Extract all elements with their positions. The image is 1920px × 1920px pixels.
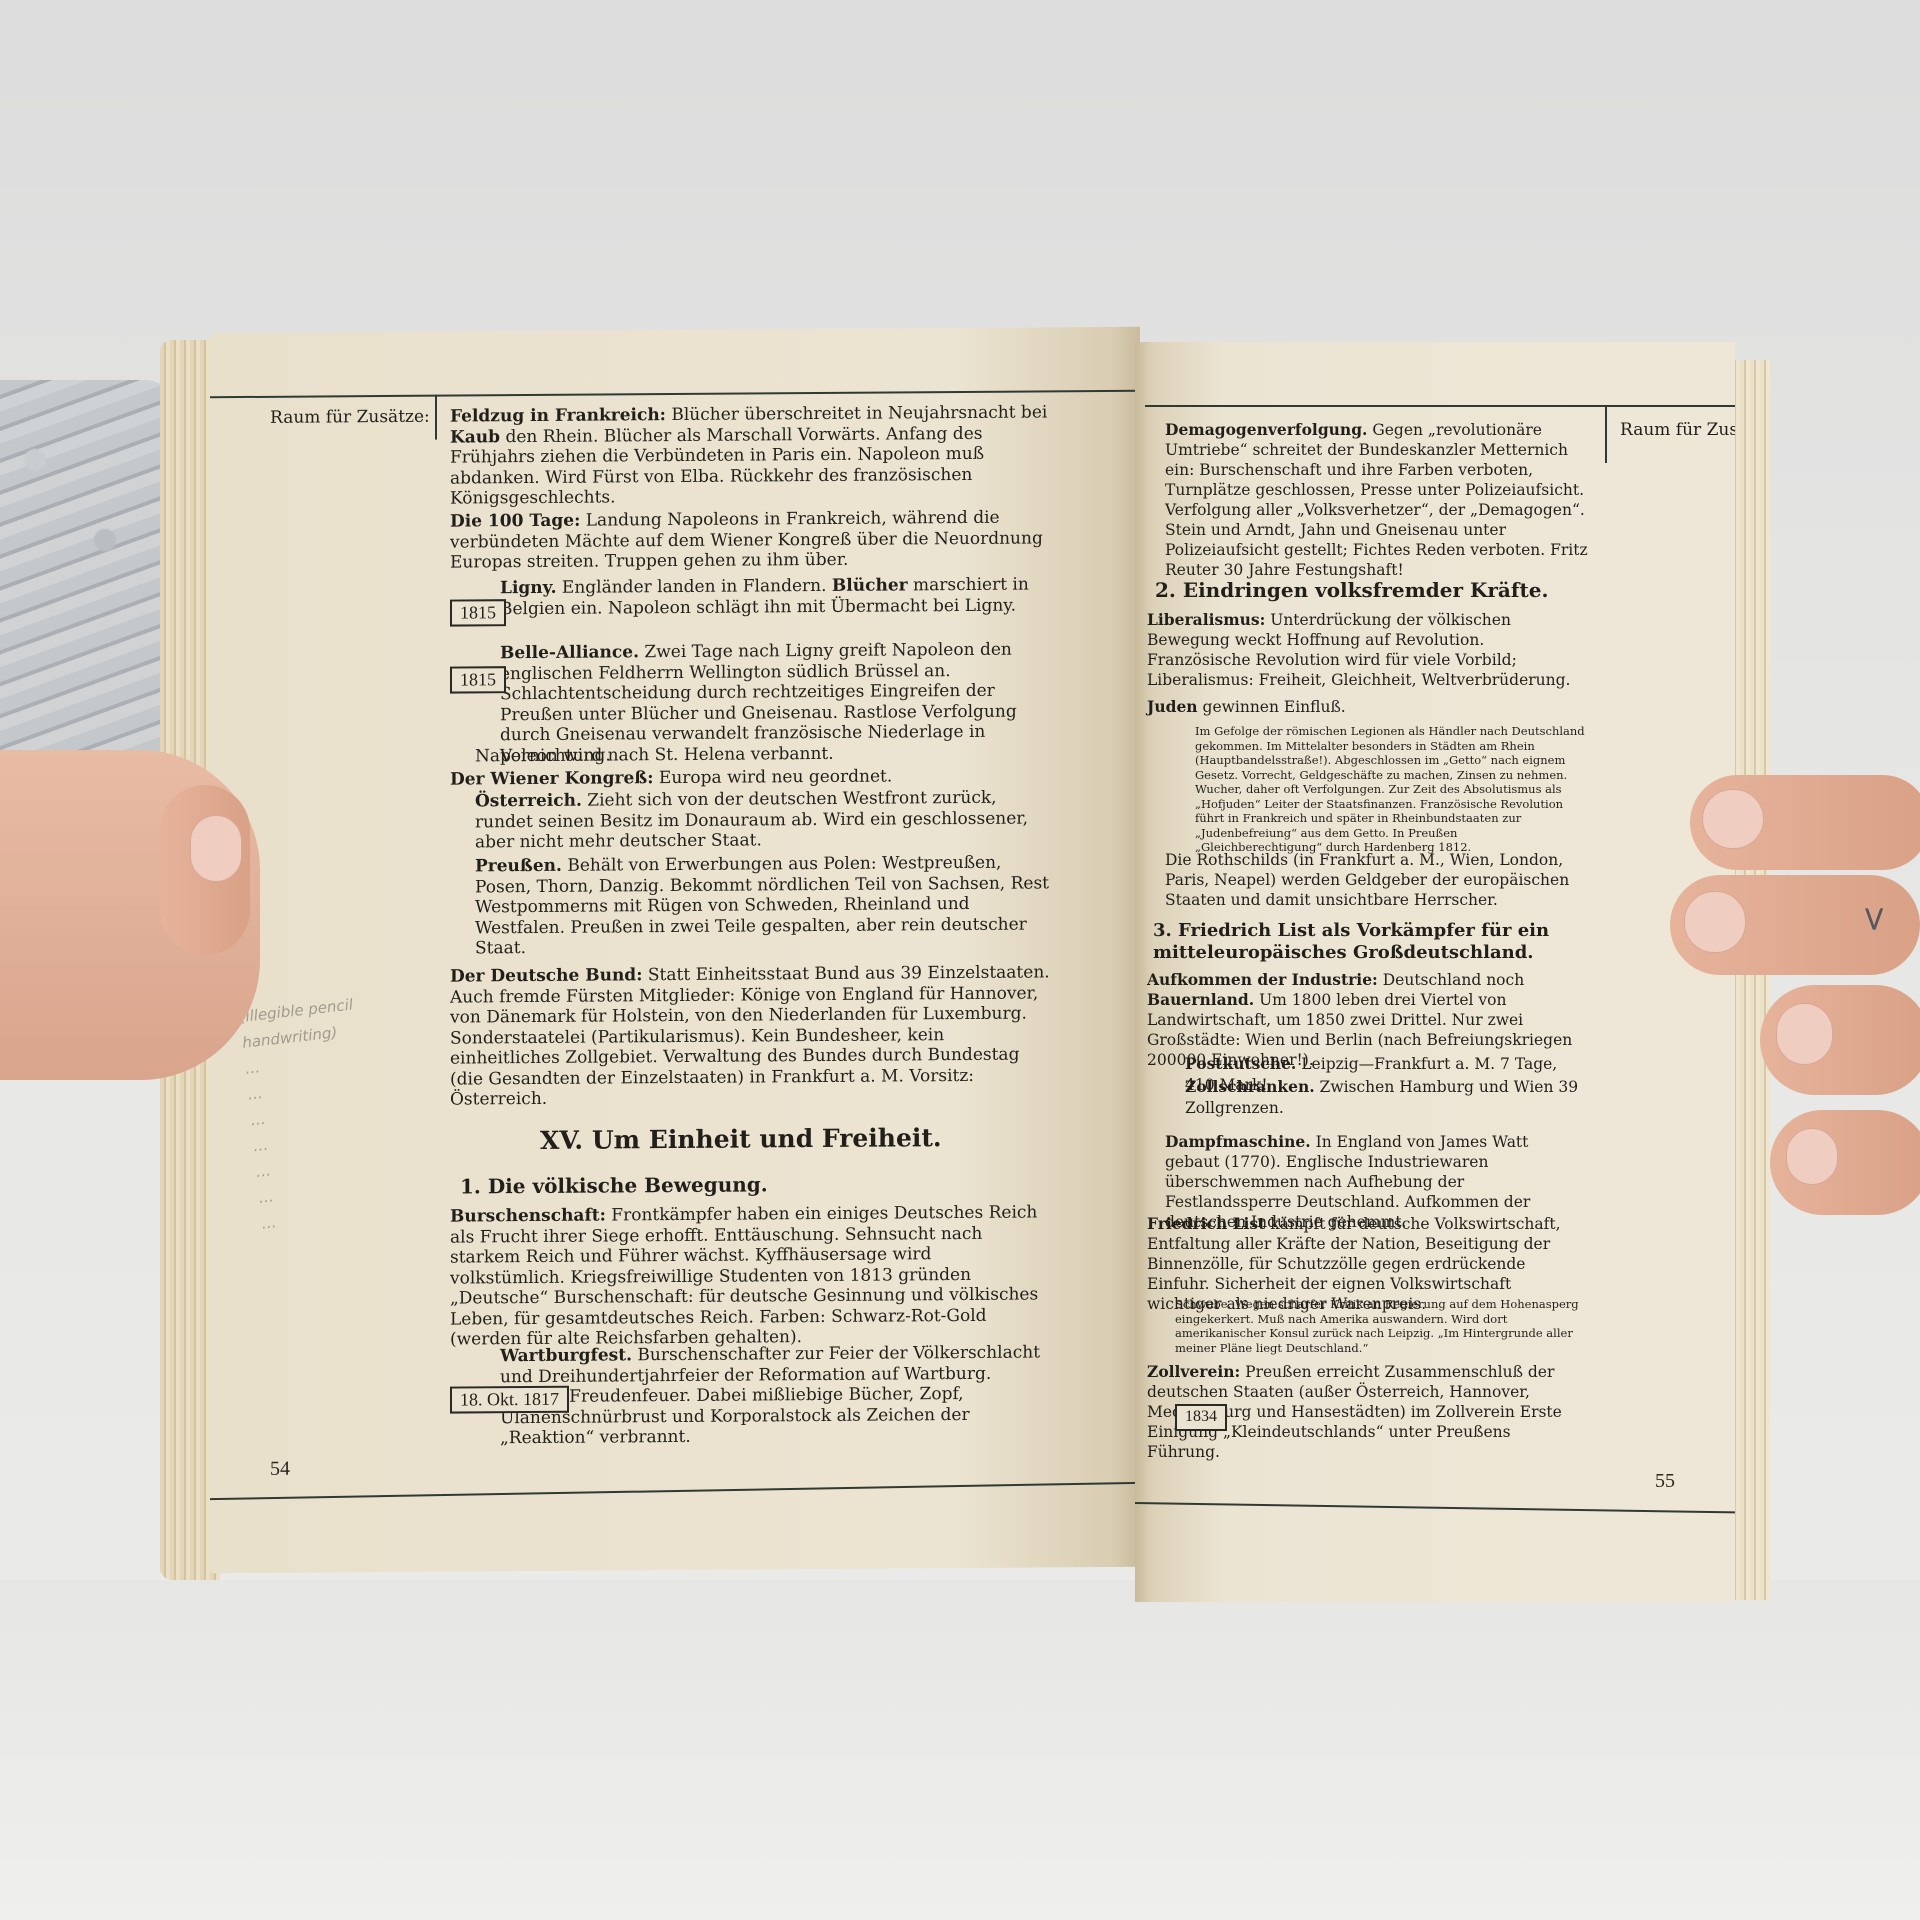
block-rothschild: Die Rothschilds (in Frankfurt a. M., Wie… [1165, 850, 1585, 910]
left-thumbnail [190, 815, 242, 882]
top-rule [210, 390, 1140, 398]
open-book: Raum für Zusätze: Feldzug in Frankreich:… [160, 330, 1770, 1590]
right-middle-finger: > [1670, 875, 1920, 975]
pencil-notes: (illegible pencil handwriting) … … … … …… [238, 982, 461, 1237]
block-wiener-kongress: Der Wiener Kongreß: Europa wird neu geor… [450, 765, 1050, 790]
knit-sweater [0, 380, 175, 780]
block-oesterreich: Österreich. Zieht sich von der deutschen… [475, 787, 1050, 853]
right-ring-finger [1760, 985, 1920, 1095]
margin-divider-right [1605, 405, 1607, 463]
page-block-right [1730, 360, 1770, 1600]
exile-line: Napoleon wird nach St. Helena verbannt. [475, 742, 1035, 766]
section-3-title: 3. Friedrich List als Vorkämpfer für ein… [1153, 920, 1593, 964]
right-middle-nail [1684, 891, 1746, 953]
date-box-wartburgfest: 18. Okt. 1817 [450, 1386, 569, 1413]
block-ligny: Ligny. Engländer landen in Flandern. Blü… [500, 574, 1050, 619]
feldzug-title: Feldzug in Frankreich: [450, 405, 666, 427]
date-box-ligny: 1815 [450, 599, 506, 626]
list-smallprint: Schwabe. Wegen scharfer Kritik an Regier… [1175, 1297, 1585, 1355]
block-burschenschaft: Burschenschaft: Frontkämpfer haben ein e… [450, 1202, 1050, 1350]
block-liberalismus: Liberalismus: Unterdrückung der völkisch… [1147, 610, 1587, 690]
bottom-rule [210, 1482, 1140, 1500]
chapter-title: XV. Um Einheit und Freiheit. [540, 1128, 942, 1151]
section-2-title: 2. Eindringen volksfremder Kräfte. [1155, 580, 1548, 601]
juden-smallprint: Im Gefolge der römischen Legionen als Hä… [1195, 724, 1585, 855]
block-demagogen: Demagogenverfolgung. Gegen „revolutionär… [1165, 420, 1595, 580]
block-100-tage: Die 100 Tage: Landung Napoleons in Frank… [450, 507, 1050, 573]
block-preussen: Preußen. Behält von Erwerbungen aus Pole… [475, 852, 1050, 959]
date-box-belle-alliance: 1815 [450, 666, 506, 693]
left-thumb [160, 785, 250, 955]
block-feldzug: Feldzug in Frankreich: Blücher überschre… [450, 402, 1050, 509]
block-zollschranken: Zollschranken. Zwischen Hamburg und Wien… [1185, 1077, 1585, 1118]
page-number-left: 54 [270, 1458, 290, 1481]
top-rule-right [1145, 405, 1735, 407]
section-1-title: 1. Die völkische Bewegung. [460, 1174, 768, 1197]
page-number-right: 55 [1655, 1470, 1675, 1493]
page-55-content: Raum für Zusätze: Demagogenverfolgung. G… [1135, 342, 1735, 1602]
right-ring-nail [1776, 1003, 1833, 1065]
right-pinky-finger [1770, 1110, 1920, 1215]
margin-divider [435, 395, 437, 440]
block-deutscher-bund: Der Deutsche Bund: Statt Einheitsstaat B… [450, 962, 1050, 1110]
bottom-rule-right [1135, 1502, 1735, 1513]
page-54: Raum für Zusätze: Feldzug in Frankreich:… [210, 327, 1140, 1573]
date-box-zollverein: 1834 [1175, 1404, 1227, 1431]
block-wartburgfest: Wartburgfest. Burschenschafter zur Feier… [500, 1342, 1050, 1448]
tabletop [0, 1580, 1920, 1920]
right-index-finger [1690, 775, 1920, 870]
margin-label: Raum für Zusätze: [270, 407, 430, 429]
heart-tattoo-icon: > [1854, 905, 1894, 934]
block-juden: Juden gewinnen Einfluß. [1147, 697, 1587, 718]
right-index-nail [1702, 789, 1764, 849]
right-pinky-nail [1786, 1128, 1838, 1185]
margin-label-right: Raum für Zusätze: [1620, 420, 1735, 441]
